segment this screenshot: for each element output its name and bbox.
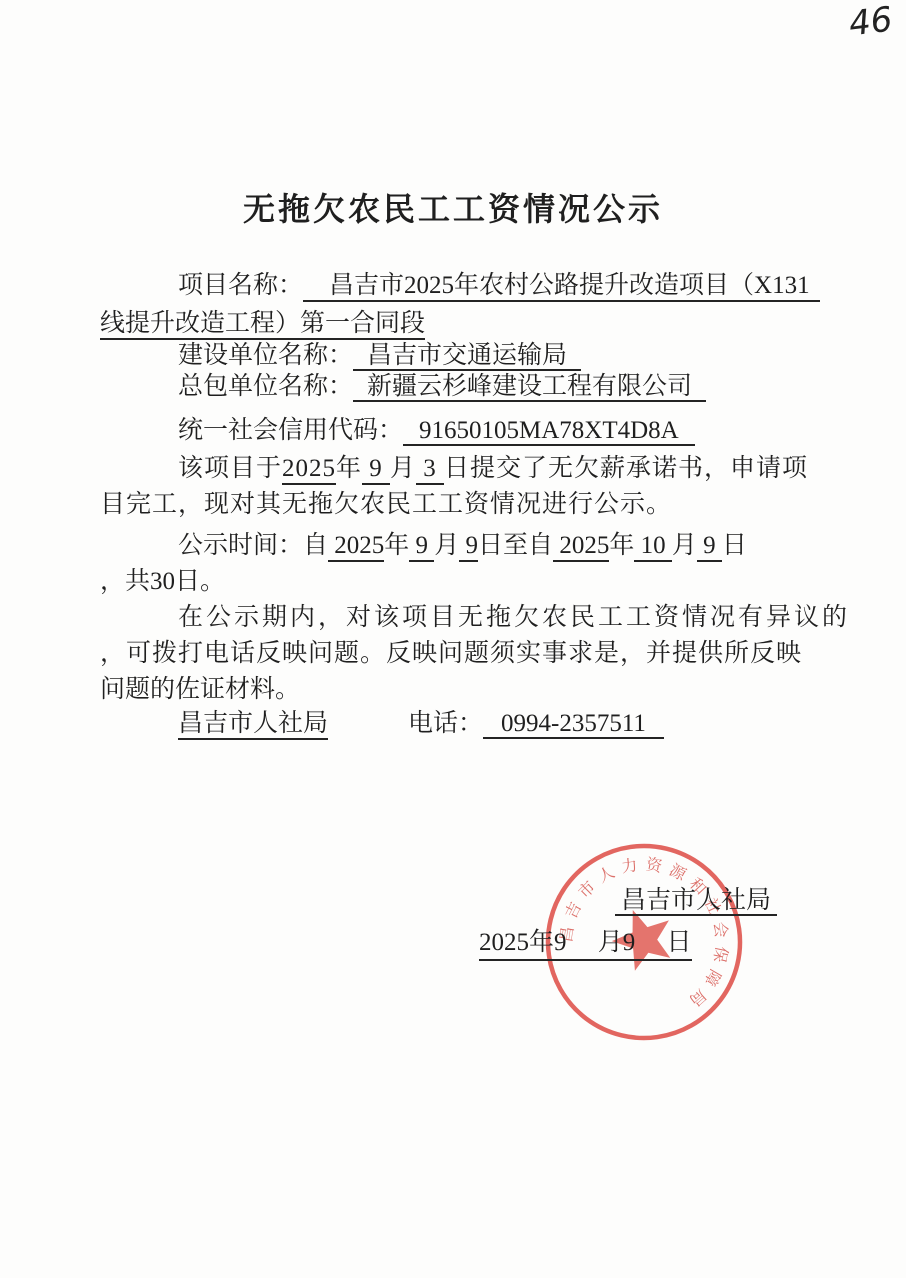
phone-number: 0994-2357511: [483, 710, 664, 739]
commitment-line1: 该项目于2025年 9 月 3 日提交了无欠薪承诺书，申请项: [100, 451, 890, 487]
commitment-text: 日提交了无欠薪承诺书，申请项: [444, 455, 808, 482]
publicity-text: 月: [672, 532, 697, 559]
publicity-period-line1: 公示时间：自 2025年 9 月 9日至自 2025年 10 月 9 日: [100, 528, 890, 564]
signature-org: 昌吉市人社局: [615, 887, 777, 916]
objection-line3: 问题的佐证材料。: [100, 672, 812, 708]
contractor-value: 新疆云杉峰建设工程有限公司: [353, 373, 706, 402]
publicity-start-year-blank: 2025: [328, 532, 384, 562]
publicity-start-day-blank: 9: [459, 532, 478, 562]
publicity-start-month-blank: 9: [409, 532, 434, 562]
commitment-text: 年: [336, 455, 362, 482]
commitment-month-blank: 9: [362, 455, 390, 485]
commitment-day-blank: 3: [416, 455, 444, 485]
commitment-line2: 目完工，现对其无拖欠农民工工资情况进行公示。: [100, 487, 812, 523]
credit-code-label: 统一社会信用代码：: [178, 417, 403, 444]
project-name-line2: 线提升改造工程）第一合同段: [100, 306, 812, 342]
publicity-text: ，共30日。: [100, 568, 225, 595]
publicity-period-line2: ，共30日。: [100, 564, 812, 600]
builder-value: 昌吉市交通运输局: [353, 342, 581, 371]
project-name-value-line2: 线提升改造工程）第一合同段: [100, 310, 425, 340]
contact-line: 昌吉市人社局电话：0994-2357511: [100, 706, 890, 742]
publicity-text: 年: [609, 532, 634, 559]
objection-line2: ，可拨打电话反映问题。反映问题须实事求是，并提供所反映: [100, 636, 812, 672]
publicity-text: 年: [384, 532, 409, 559]
objection-text: ，可拨打电话反映问题。反映问题须实事求是，并提供所反映: [100, 640, 802, 667]
commitment-text: 该项目于: [178, 455, 282, 482]
publicity-end-year-blank: 2025: [553, 532, 609, 562]
phone-label: 电话：: [408, 710, 483, 737]
project-name-line1: 项目名称：昌吉市2025年农村公路提升改造项目（X131: [100, 268, 890, 304]
publicity-text: 月: [434, 532, 459, 559]
publicity-text: 日至自: [478, 532, 553, 559]
objection-line1: 在公示期内，对该项目无拖欠农民工工资情况有异议的: [100, 600, 890, 636]
objection-text: 问题的佐证材料。: [100, 676, 300, 703]
commitment-year-blank: 2025: [282, 455, 336, 485]
handwritten-page-number: 46: [846, 0, 894, 44]
commitment-text: 月: [390, 455, 416, 482]
objection-text: 在公示期内，对该项目无拖欠农民工工资情况有异议的: [178, 604, 850, 631]
credit-code-value: 91650105MA78XT4D8A: [403, 417, 695, 446]
signature-date: 2025年9 月9 日: [479, 922, 692, 961]
contractor-line: 总包单位名称：新疆云杉峰建设工程有限公司: [100, 369, 890, 405]
contractor-label: 总包单位名称：: [178, 373, 353, 400]
signature-date-line: 2025年9 月9 日: [479, 922, 692, 961]
credit-code-line: 统一社会信用代码：91650105MA78XT4D8A: [100, 413, 890, 449]
page-title: 无拖欠农民工工资情况公示: [0, 184, 906, 230]
signature-org-line: 昌吉市人社局: [615, 880, 777, 916]
contact-agency: 昌吉市人社局: [178, 710, 328, 740]
builder-label: 建设单位名称：: [178, 342, 353, 369]
project-name-value-line1: 昌吉市2025年农村公路提升改造项目（X131: [303, 272, 820, 302]
scanned-notice-page: 46 无拖欠农民工工资情况公示 项目名称：昌吉市2025年农村公路提升改造项目（…: [0, 0, 906, 1278]
publicity-end-day-blank: 9: [697, 532, 722, 562]
publicity-text: 日: [722, 532, 747, 559]
project-name-label: 项目名称：: [178, 272, 303, 299]
commitment-text: 目完工，现对其无拖欠农民工工资情况进行公示。: [100, 491, 672, 518]
publicity-text: 公示时间：自: [178, 532, 328, 559]
publicity-end-month-blank: 10: [634, 532, 672, 562]
